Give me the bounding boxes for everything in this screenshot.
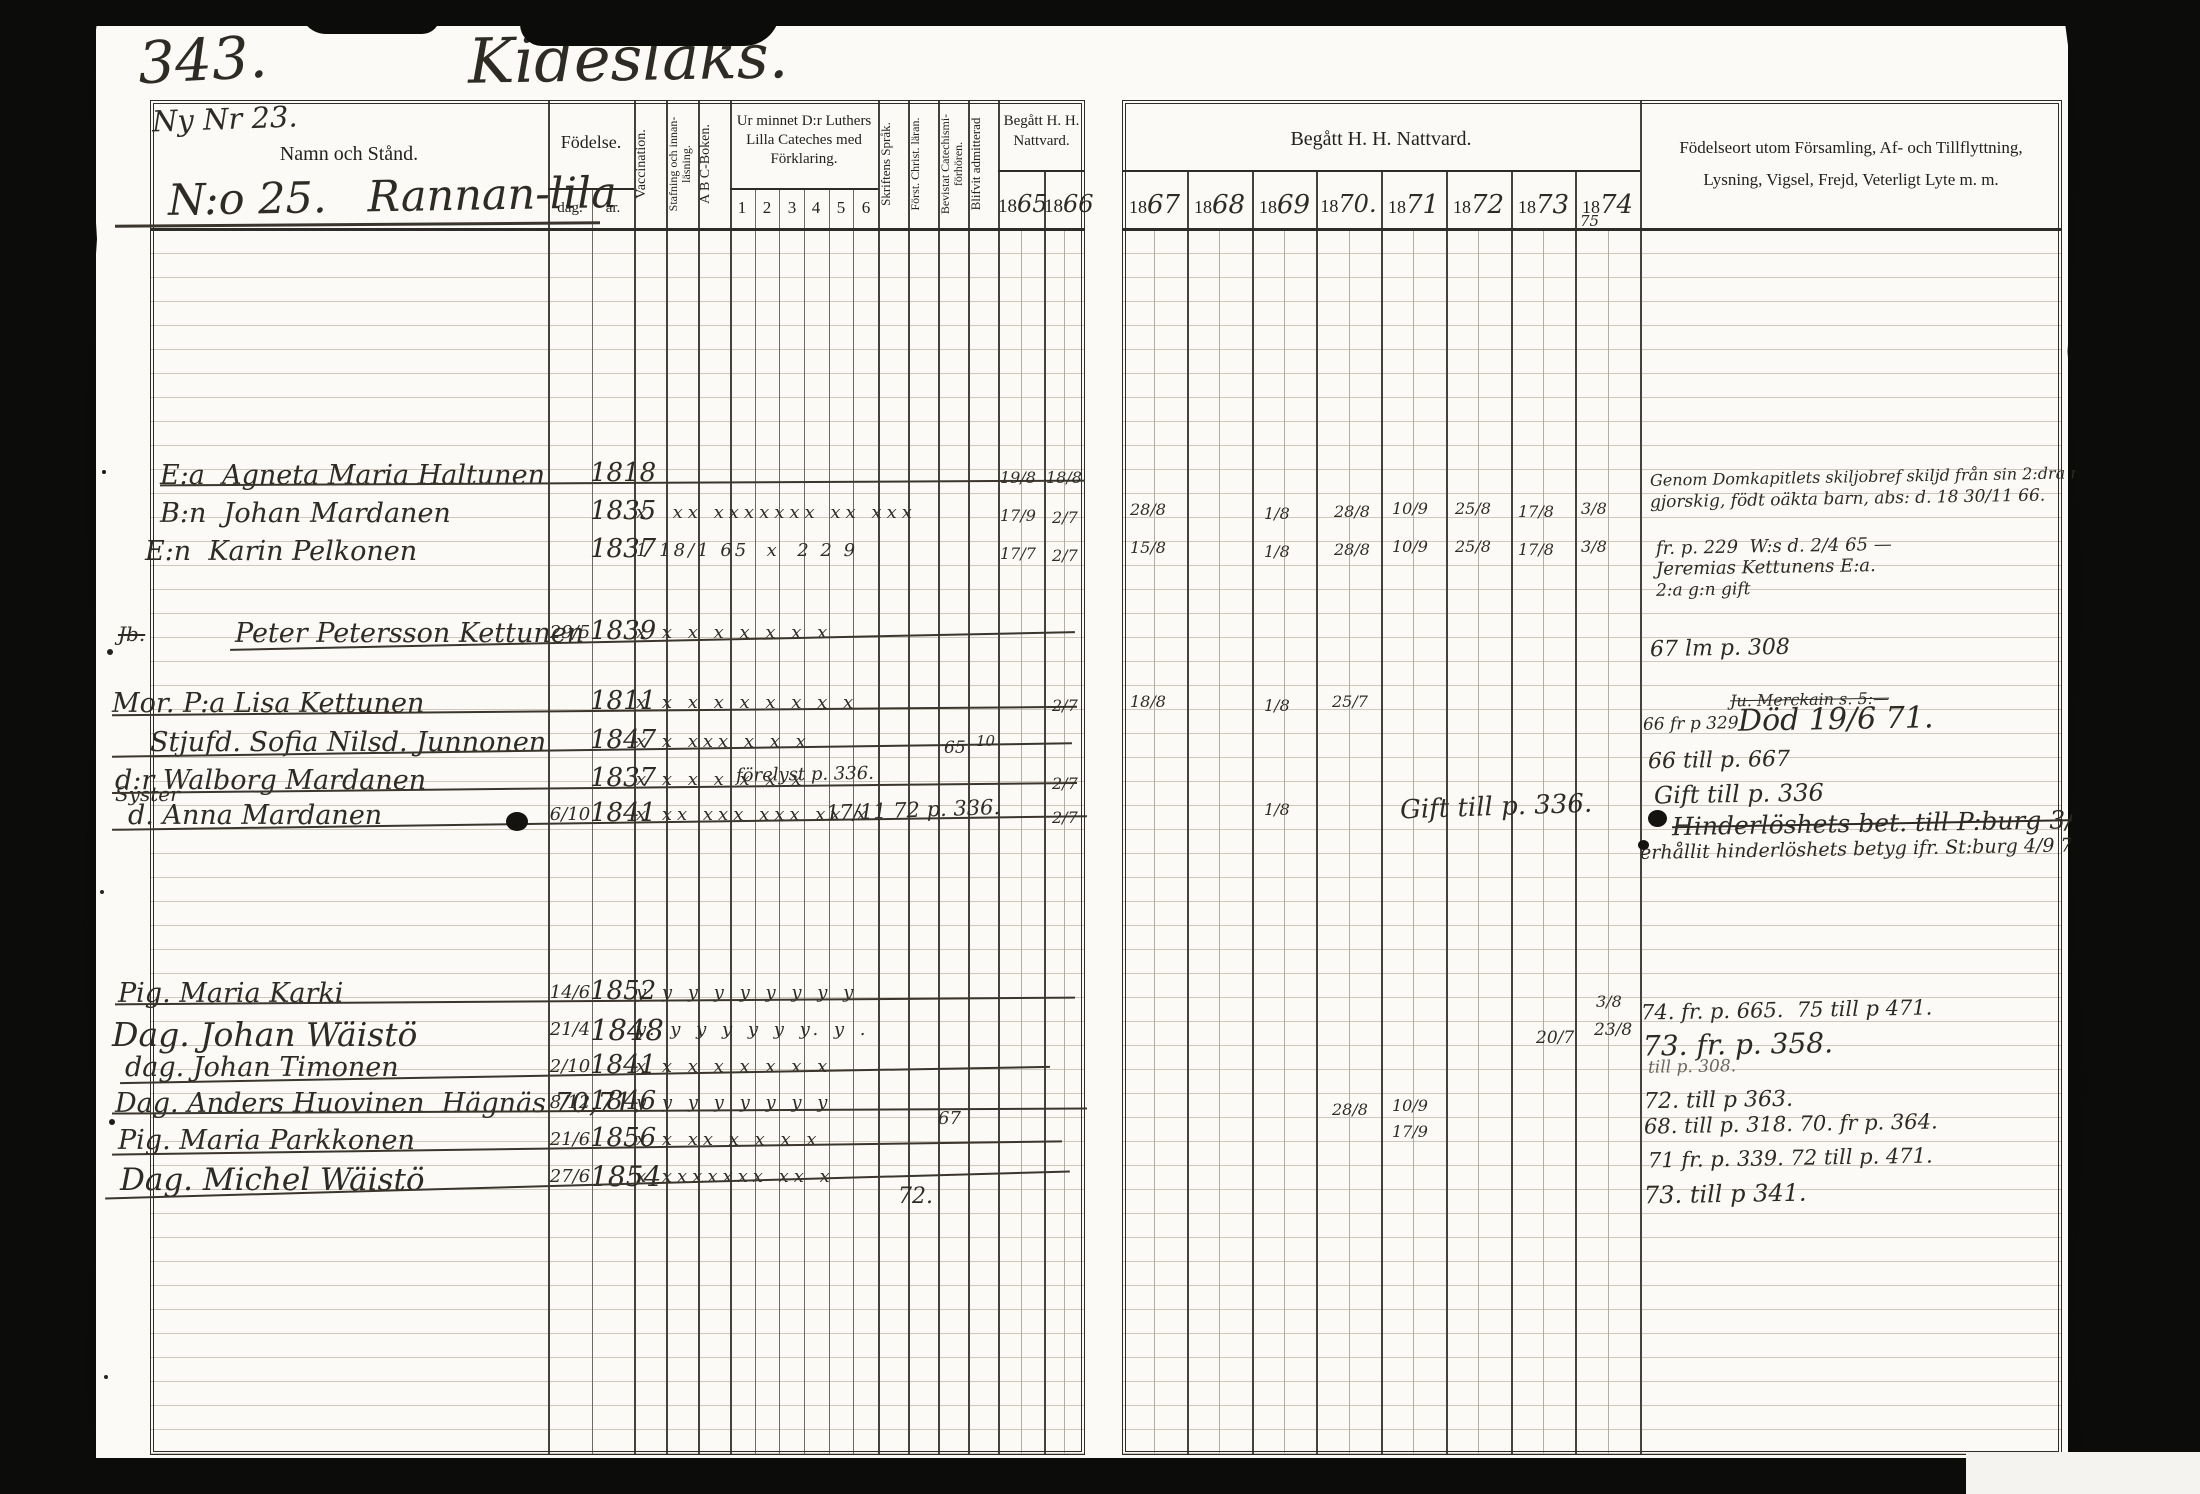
communion-date-mark: 20/7 [1536,1028,1574,1048]
column-header-scripture: Skriftens Språk. [879,99,909,229]
communion-date-mark: 23/8 [1594,1020,1632,1040]
remark-death: Död 19/6 71. [1738,700,1934,738]
remark: 67 lm p. 308 [1650,635,1790,662]
remark: 2:a g:n gift [1656,579,1751,601]
year-1871: 1871 [1381,190,1446,220]
year-written: 70. [1338,190,1376,218]
communion-date-mark: 15/8 [1130,538,1166,557]
remark: 73. till p 341. [1644,1179,1807,1210]
column-header-catechism: Ur minnet D:r Luthers Lilla Cateches med… [732,112,876,168]
year-1869: 1869 [1252,190,1317,220]
column-header-birth-year: år. [592,200,634,217]
birth-year: 1835 [590,496,642,526]
admission-mark: 65 [944,738,966,758]
catechism-marks: y. y y y y y y. y . [636,1019,1066,1040]
entry-name: B:n Johan Mardanen [160,498,451,529]
year-written: 69 [1277,190,1310,220]
year-written: 68 [1212,190,1245,220]
note-mark: förelyst p. 336. [736,763,874,786]
catechism-col-6: 6 [854,198,878,218]
communion-date-mark: 17/9 [1392,1122,1428,1141]
scanned-spread: 343. Kideslaks. Ny Nr 23. N:o 25. Rannan… [0,0,2200,1494]
farm-heading: N:o 25. Rannan-lila [168,168,617,226]
communion-date-mark: 3/8 [1596,992,1622,1011]
remark: 68. till p. 318. 70. fr p. 364. [1644,1109,1938,1138]
catechism-col-2: 2 [755,198,779,218]
year-written: 74 [1600,190,1633,220]
admission-mark: 72. [898,1184,933,1209]
scan-corner-white [1966,1452,2200,1494]
year-printed: 18 [1194,197,1212,217]
column-header-vaccination: Vaccination. [635,99,665,229]
communion-date-mark: 1/8 [1264,800,1290,819]
birth-day: 21/4 [548,1019,592,1040]
communion-date-mark: 17/8 [1518,502,1554,521]
column-header-christian-doctrine: Först. Christ. läran. [909,99,939,229]
remark: Jeremias Kettunens E:a. [1656,555,1876,580]
year-written: 71 [1406,190,1439,220]
year-1873: 1873 [1511,190,1576,220]
birth-day: 29/5 [548,622,592,643]
communion-date-mark: 10/9 [1392,1096,1428,1115]
ink-speck [102,470,106,474]
year-1866: 1866 [1044,190,1085,218]
year-printed: 18 [1044,196,1063,217]
column-header-catechism-exams: Bevistat Catechismi- förhören. [939,99,969,229]
catechism-col-5: 5 [829,198,853,218]
scan-edge-bottom [76,1458,1968,1494]
communion-date-mark: 28/8 [1332,1100,1368,1119]
communion-date-mark: 1/8 [1264,696,1290,715]
communion-date-mark: 17/7 [1000,544,1036,563]
catechism-col-3: 3 [780,198,804,218]
remark: 72. till p 363. [1644,1087,1793,1115]
catechism-col-1: 1 [730,198,754,218]
admission-mark: 67 [938,1108,961,1129]
year-printed: 18 [1129,197,1147,217]
ink-blot [506,812,528,831]
margin-note: Jb. [118,622,145,646]
year-written: 65 [1017,190,1048,218]
year-printed: 18 [1259,197,1277,217]
communion-date-mark: 25/8 [1455,499,1491,518]
scan-edge-blob [300,0,440,34]
year-1867: 1867 [1122,190,1187,220]
column-header-spelling: Stafning och innan- läsning. [667,99,697,229]
year-1870: 1870. [1316,190,1381,218]
remark: 74. fr. p. 665. 75 till p 471. [1641,995,1933,1024]
communion-label-line-right [1122,170,1640,172]
remark: 71 fr. p. 339. 72 till p. 471. [1648,1144,1933,1173]
year-printed: 18 [1518,197,1536,217]
communion-date-mark: 18/8 [1130,692,1166,711]
remark: till p. 308. [1648,1056,1736,1078]
communion-date-mark: 2/7 [1052,774,1078,793]
remark: 66 till p. 667 [1648,747,1790,774]
admission-mark: 10 [976,732,995,750]
scan-edge-blob [520,0,780,46]
entry-number-note: Ny Nr 23. [151,99,298,138]
communion-date-mark: 10/9 [1392,537,1428,556]
year-printed: 18 [1388,197,1406,217]
communion-date-mark: 19/8 [1000,468,1036,487]
birth-year: 1848 [590,1013,642,1047]
communion-date-mark: 28/8 [1334,540,1370,559]
communion-date-mark: 18/8 [1046,468,1082,487]
scan-edge-left [0,0,100,1494]
communion-date-mark: 17/8 [1518,540,1554,559]
communion-date-mark: 2/7 [1052,696,1078,715]
page-number: 343. [136,23,269,98]
year-written: 67 [1147,190,1180,220]
birth-year: 1854 [590,1160,642,1193]
year-written: 66 [1063,190,1094,218]
communion-date-mark: 2/7 [1052,808,1078,827]
column-header-communion-right: Begått H. H. Nattvard. [1122,128,1640,151]
column-header-birth: Födelse. [548,132,634,153]
communion-date-mark: 25/7 [1332,692,1368,711]
year-1868: 1868 [1187,190,1252,220]
ink-blot [1648,810,1667,827]
communion-date-mark: 1/8 [1264,504,1290,523]
column-header-communion-left: Begått H. H. Nattvard. [998,112,1085,151]
column-header-admitted: Blifvit admitterad [969,99,999,229]
remark: 66 fr p 329 [1643,713,1739,735]
communion-date-mark: 3/8 [1581,499,1607,518]
column-header-name: Namn och Stånd. [150,143,548,166]
column-header-remarks-line1: Födelseort utom Församling, Af- och Till… [1640,138,2062,158]
entry-name: E:a Agneta Maria Haltunen [160,460,545,491]
entry-name: E:n Karin Pelkonen [145,536,417,567]
year-1865: 1865 [998,190,1044,218]
year-printed: 18 [998,196,1017,217]
birth-year: 1837 [590,534,642,564]
entry-name: Dag. Johan Wäistö [112,1015,417,1054]
communion-date-mark: 1/8 [1264,542,1290,561]
communion-date-mark: 28/8 [1334,502,1370,521]
communion-label-line-left [998,170,1085,172]
extra-year-note: 75 [1580,212,1599,230]
scan-edge-right [2062,0,2200,1464]
communion-date-mark: 25/8 [1455,537,1491,556]
year-printed: 18 [1320,196,1338,216]
remark: Gift till p. 336 [1654,779,1824,810]
communion-date-mark: 2/7 [1052,546,1078,565]
table-frame-right [1122,100,2062,1455]
catechism-col-4: 4 [804,198,828,218]
communion-date-mark: 17/9 [1000,506,1036,525]
communion-date-mark: 2/7 [1052,508,1078,527]
year-written: 73 [1536,190,1569,220]
catechism-sublabel-line [730,188,878,190]
ink-blot [1638,840,1649,850]
column-header-abc-book: A B C-Boken. [699,99,729,229]
communion-date-mark: 3/8 [1581,537,1607,556]
year-1872: 1872 [1446,190,1511,220]
communion-date-mark: 10/9 [1392,499,1428,518]
communion-date-mark: 28/8 [1130,500,1166,519]
year-printed: 18 [1453,197,1471,217]
column-header-remarks-line2: Lysning, Vigsel, Frejd, Veterligt Lyte m… [1640,170,2062,190]
column-header-birth-day: dag. [548,200,592,217]
year-written: 72 [1471,190,1504,220]
